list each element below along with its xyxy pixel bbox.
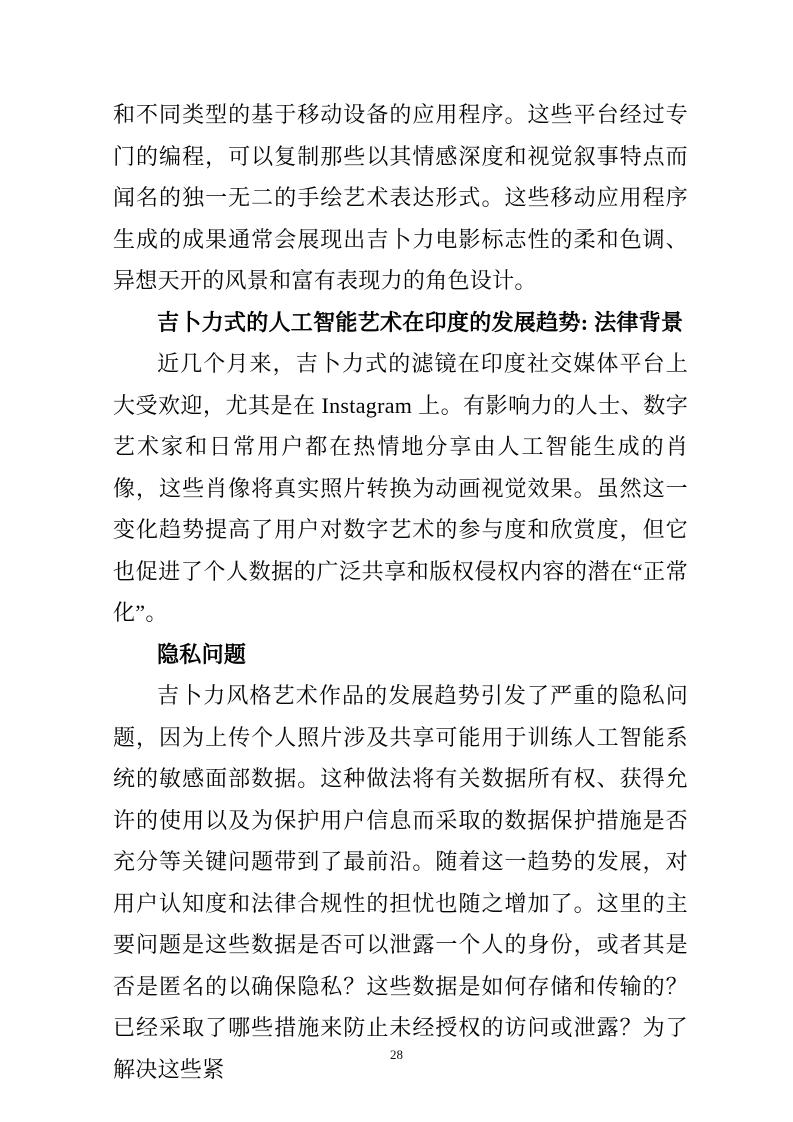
document-body: 和不同类型的基于移动设备的应用程序。这些平台经过专门的编程，可以复制那些以其情感…	[113, 94, 688, 1090]
document-page: 和不同类型的基于移动设备的应用程序。这些平台经过专门的编程，可以复制那些以其情感…	[0, 0, 793, 1122]
section-heading-legal-background: 吉卜力式的人工智能艺术在印度的发展趋势: 法律背景	[113, 302, 688, 344]
page-footer: 28	[0, 1046, 793, 1064]
section-heading-privacy-issues: 隐私问题	[113, 634, 688, 676]
paragraph-instagram-trend: 近几个月来，吉卜力式的滤镜在印度社交媒体平台上大受欢迎，尤其是在 Instagr…	[113, 343, 688, 634]
paragraph-mobile-apps-continuation: 和不同类型的基于移动设备的应用程序。这些平台经过专门的编程，可以复制那些以其情感…	[113, 94, 688, 302]
paragraph-privacy-concerns: 吉卜力风格艺术作品的发展趋势引发了严重的隐私问题，因为上传个人照片涉及共享可能用…	[113, 675, 688, 1090]
page-number: 28	[390, 1047, 403, 1062]
